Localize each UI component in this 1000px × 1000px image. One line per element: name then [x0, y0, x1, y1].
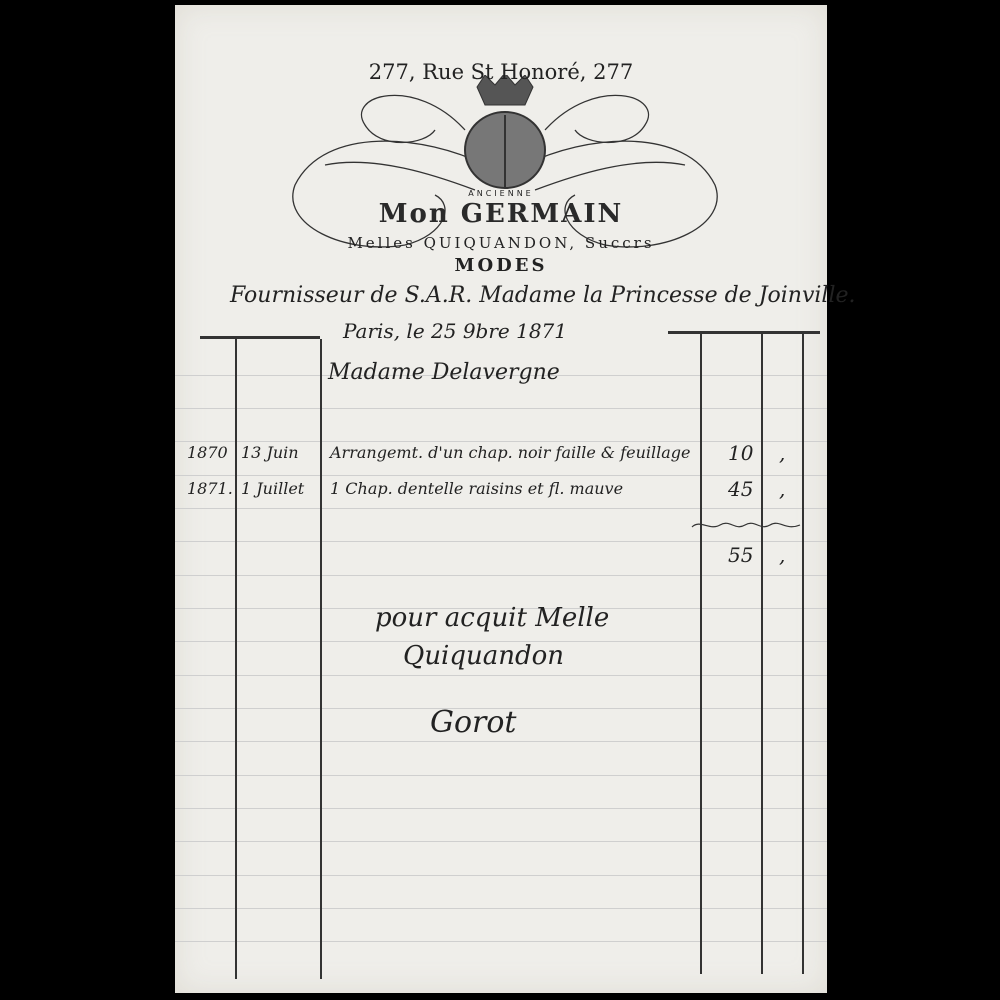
item-year: 1870: [187, 443, 228, 462]
receipt-signature: Gorot: [430, 705, 516, 740]
letterhead-address: 277, Rue St Honoré, 277: [175, 60, 827, 84]
letterhead-successors: Melles QUIQUANDON, Succrs: [175, 234, 827, 252]
invoice-paper: 277, Rue St Honoré, 277 ANCIENNE Mon GER…: [175, 5, 827, 993]
item-cents: ,: [779, 441, 785, 465]
item-date: 13 Juin: [241, 443, 299, 462]
total-underline-flourish-icon: [690, 517, 805, 537]
invoice-place-date: Paris, le 25 9bre 1871: [343, 319, 567, 343]
letterhead-house-name: Mon GERMAIN: [175, 199, 827, 229]
receipt-line-2: Quiquandon: [403, 641, 564, 671]
receipt-line-1: pour acquit Melle: [375, 603, 609, 633]
item-description: 1 Chap. dentelle raisins et fl. mauve: [330, 479, 623, 498]
invoice-total: 55: [728, 543, 753, 567]
letterhead-ancienne: ANCIENNE: [175, 189, 827, 198]
invoice-total-cents: ,: [779, 543, 785, 567]
item-date: 1 Juillet: [241, 479, 304, 498]
letterhead-purveyor: Fournisseur de S.A.R. Madame la Princess…: [230, 283, 856, 308]
invoice-client: Madame Delavergne: [328, 360, 560, 385]
item-description: Arrangemt. d'un chap. noir faille & feui…: [330, 443, 691, 462]
item-cents: ,: [779, 477, 785, 501]
item-amount: 45: [728, 477, 753, 501]
letterhead-trade: MODES: [175, 255, 827, 276]
item-year: 1871.: [187, 479, 233, 498]
item-amount: 10: [728, 441, 753, 465]
